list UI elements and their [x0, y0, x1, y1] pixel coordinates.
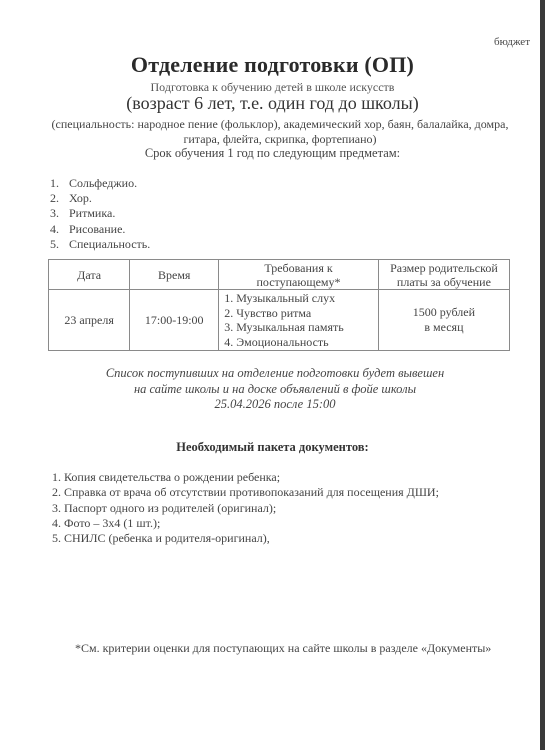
- list-item: 5. СНИЛС (ребенка и родителя-оригинал),: [52, 531, 439, 546]
- list-item: 2.Хор.: [50, 191, 150, 206]
- list-item: 1. Копия свидетельства о рождении ребенк…: [52, 470, 439, 485]
- schedule-table: Дата Время Требования к поступающему* Ра…: [48, 259, 510, 351]
- table-header-row: Дата Время Требования к поступающему* Ра…: [49, 260, 510, 290]
- header-fee: Размер родительской платы за обучение: [378, 260, 509, 290]
- table-row: 23 апреля 17:00-19:00 1. Музыкальный слу…: [49, 290, 510, 351]
- documents-list: 1. Копия свидетельства о рождении ребенк…: [52, 470, 439, 546]
- list-item: 3. Паспорт одного из родителей (оригинал…: [52, 501, 439, 516]
- results-notice: Список поступивших на отделение подготов…: [40, 366, 510, 413]
- study-term: Срок обучения 1 год по следующим предмет…: [0, 146, 545, 161]
- footnote: *См. критерии оценки для поступающих на …: [75, 641, 535, 656]
- page-title: Отделение подготовки (ОП): [0, 52, 545, 78]
- list-item: 4. Фото – 3х4 (1 шт.);: [52, 516, 439, 531]
- cell-fee: 1500 рублей в месяц: [378, 290, 509, 351]
- header-date: Дата: [49, 260, 130, 290]
- documents-title: Необходимый пакета документов:: [0, 440, 545, 455]
- age-note: (возраст 6 лет, т.е. один год до школы): [0, 93, 545, 114]
- subjects-list: 1.Сольфеджио. 2.Хор. 3.Ритмика. 4.Рисова…: [50, 176, 150, 252]
- header-requirements: Требования к поступающему*: [219, 260, 379, 290]
- list-item: 5.Специальность.: [50, 237, 150, 252]
- specialties-text: (специальность: народное пение (фольклор…: [40, 117, 520, 147]
- list-item: 3.Ритмика.: [50, 206, 150, 221]
- list-item: 1.Сольфеджио.: [50, 176, 150, 191]
- cell-time: 17:00-19:00: [130, 290, 219, 351]
- budget-label: бюджет: [440, 36, 530, 48]
- header-time: Время: [130, 260, 219, 290]
- list-item: 2. Справка от врача об отсутствии против…: [52, 485, 439, 500]
- cell-requirements: 1. Музыкальный слух 2. Чувство ритма 3. …: [219, 290, 379, 351]
- cell-date: 23 апреля: [49, 290, 130, 351]
- list-item: 4.Рисование.: [50, 222, 150, 237]
